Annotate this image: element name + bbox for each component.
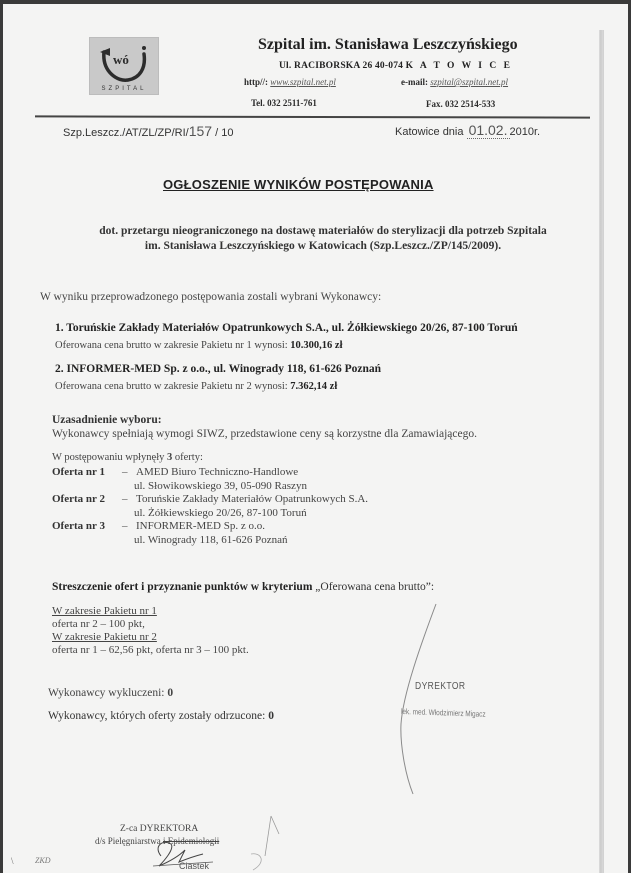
winner-1-price-label: Oferowana cena brutto w zakresie Pakietu… xyxy=(55,340,290,351)
offer-label: Oferta nr 1 xyxy=(52,466,122,480)
reference-number: Szp.Leszcz./AT/ZL/ZP/RI/157 / 10 xyxy=(63,123,233,139)
subject-line-2: im. Stanisława Leszczyńskiego w Katowica… xyxy=(63,239,583,254)
deputy-director-name: Ciastek xyxy=(179,861,209,871)
deputy-director-department: d/s Pielęgniarstwa i Epidemiologii xyxy=(95,836,219,846)
package-2-points: oferta nr 1 – 62,56 pkt, oferta nr 3 – 1… xyxy=(52,644,249,657)
offer-label: Oferta nr 2 xyxy=(52,493,122,507)
hospital-logo: wó SZPITAL xyxy=(89,37,159,95)
list-item: Oferta nr 2 – Toruńskie Zakłady Materiał… xyxy=(52,493,368,507)
winner-2-price-label: Oferowana cena brutto w zakresie Pakietu… xyxy=(55,381,290,392)
excluded-label: Wykonawcy wykluczeni: xyxy=(48,687,167,699)
email-link[interactable]: szpital@szpital.net.pl xyxy=(430,77,508,87)
offer-company: AMED Biuro Techniczno-Handlowe xyxy=(136,466,298,480)
package-2-title: W zakresie Pakietu nr 2 xyxy=(52,631,249,644)
date-prefix: Katowice dnia xyxy=(395,126,464,138)
offers-list: Oferta nr 1 – AMED Biuro Techniczno-Hand… xyxy=(52,466,368,547)
phone-number: Tel. 032 2511-761 xyxy=(251,98,317,108)
handwritten-reference-number: 157 xyxy=(189,123,212,139)
department-part-a: d/s Pielęgniarstwa xyxy=(95,836,163,846)
handwritten-date: 01.02. xyxy=(467,122,510,139)
reference-prefix: Szp.Leszcz./AT/ZL/ZP/RI/ xyxy=(63,127,189,139)
deputy-director-title: Z-ca DYREKTORA xyxy=(120,824,198,834)
scan-tick-mark: \ xyxy=(11,856,14,866)
winner-2-price: Oferowana cena brutto w zakresie Pakietu… xyxy=(55,381,337,392)
fax-number: Fax. 032 2514-533 xyxy=(426,99,495,109)
summary-points: W zakresie Pakietu nr 1 oferta nr 2 – 10… xyxy=(52,605,249,657)
document-date: Katowice dnia 01.02.2010r. xyxy=(395,122,540,138)
list-item: Oferta nr 3 – INFORMER-MED Sp. z o.o. xyxy=(52,520,368,534)
package-1-points: oferta nr 2 – 100 pkt, xyxy=(52,618,249,631)
tender-subject: dot. przetargu nieograniczonego na dosta… xyxy=(63,224,583,254)
offer-dash: – xyxy=(122,493,136,507)
email: e-mail: szpital@szpital.net.pl xyxy=(401,77,508,87)
date-suffix: 2010r. xyxy=(510,126,541,138)
offers-count: W postępowaniu wpłynęły 3 oferty: xyxy=(52,452,203,463)
department-part-b: i Epidemiologii xyxy=(163,836,219,846)
document-title: OGŁOSZENIE WYNIKÓW POSTĘPOWANIA xyxy=(163,177,434,192)
offer-company: INFORMER-MED Sp. z o.o. xyxy=(136,520,265,534)
offer-label: Oferta nr 3 xyxy=(52,520,122,534)
offer-address: ul. Słowikowskiego 39, 05-090 Raszyn xyxy=(52,480,368,494)
website-label: http//: xyxy=(244,77,268,87)
summary-heading-bold: Streszczenie ofert i przyznanie punktów … xyxy=(52,581,315,593)
street-address: Ul. RACIBORSKA 26 40-074 xyxy=(279,61,403,71)
results-intro: W wyniku przeprowadzonego postępowania z… xyxy=(40,291,381,303)
website: http//: www.szpital.net.pl xyxy=(244,77,336,87)
twoj-szpital-logo-icon: wó xyxy=(98,42,150,84)
excluded-value: 0 xyxy=(167,687,173,699)
offer-address: ul. Winogrady 118, 61-626 Poznań xyxy=(52,534,368,548)
subject-line-1: dot. przetargu nieograniczonego na dosta… xyxy=(63,224,583,239)
winner-1-price: Oferowana cena brutto w zakresie Pakietu… xyxy=(55,340,343,351)
website-link[interactable]: www.szpital.net.pl xyxy=(270,77,336,87)
city: K A T O W I C E xyxy=(406,61,513,71)
rejected-label: Wykonawcy, których oferty zostały odrzuc… xyxy=(48,710,268,722)
summary-heading: Streszczenie ofert i przyznanie punktów … xyxy=(52,581,434,593)
director-stamp-title: DYREKTOR xyxy=(415,681,465,692)
justification-heading: Uzasadnienie wyboru: xyxy=(52,414,162,426)
hospital-name: Szpital im. Stanisława Leszczyńskiego xyxy=(258,36,518,54)
offer-dash: – xyxy=(122,466,136,480)
winner-1-name: 1. Toruńskie Zakłady Materiałów Opatrunk… xyxy=(55,322,518,334)
winner-1-price-value: 10.300,16 zł xyxy=(290,340,342,351)
scan-mark: ZKD xyxy=(35,856,51,865)
letterhead-divider xyxy=(35,115,590,118)
offer-company: Toruńskie Zakłady Materiałów Opatrunkowy… xyxy=(136,493,368,507)
offers-count-after: oferty: xyxy=(172,452,203,463)
director-stamp-name: lek. med. Włodzimierz Migacz xyxy=(401,707,486,719)
document-page: wó SZPITAL Szpital im. Stanisława Leszcz… xyxy=(3,4,628,873)
scan-binding-line xyxy=(599,30,604,873)
rejected-offers: Wykonawcy, których oferty zostały odrzuc… xyxy=(48,710,274,722)
logo-text: SZPITAL xyxy=(90,86,158,92)
excluded-contractors: Wykonawcy wykluczeni: 0 xyxy=(48,687,173,699)
justification-text: Wykonawcy spełniają wymogi SIWZ, przedst… xyxy=(52,428,477,440)
hospital-address: Ul. RACIBORSKA 26 40-074 K A T O W I C E xyxy=(279,61,512,71)
reference-suffix: / 10 xyxy=(212,127,233,139)
package-1-title: W zakresie Pakietu nr 1 xyxy=(52,605,249,618)
svg-text:wó: wó xyxy=(113,52,129,67)
offer-address: ul. Żółkiewskiego 20/26, 87-100 Toruń xyxy=(52,507,368,521)
offers-count-before: W postępowaniu wpłynęły xyxy=(52,452,167,463)
winner-2-price-value: 7.362,14 zł xyxy=(290,381,337,392)
email-label: e-mail: xyxy=(401,77,428,87)
rejected-value: 0 xyxy=(268,710,274,722)
list-item: Oferta nr 1 – AMED Biuro Techniczno-Hand… xyxy=(52,466,368,480)
offer-dash: – xyxy=(122,520,136,534)
winner-2-name: 2. INFORMER-MED Sp. z o.o., ul. Winograd… xyxy=(55,363,381,375)
summary-heading-criterion: „Oferowana cena brutto”: xyxy=(315,581,434,593)
